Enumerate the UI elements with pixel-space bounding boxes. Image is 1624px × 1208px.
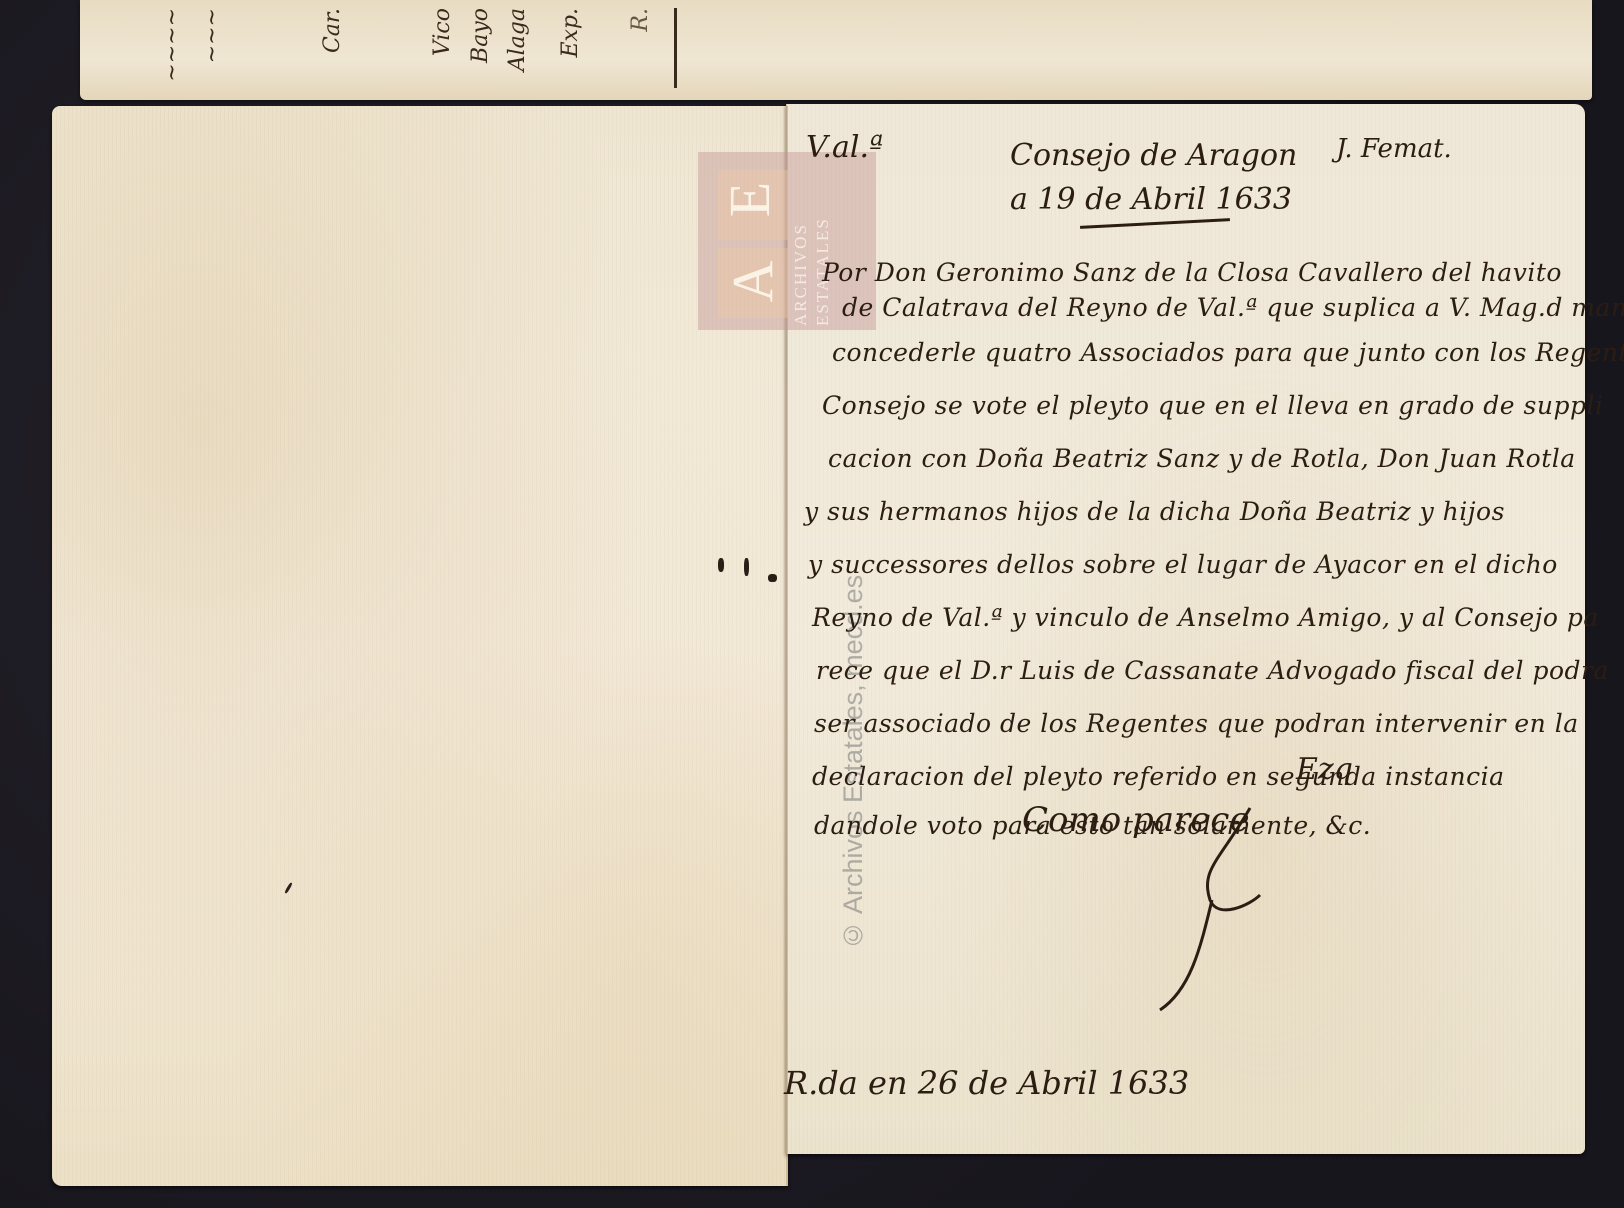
upper-document-sheet: ~~~~ ~~~ Car. Vico Bayo Alaga Exp. R.: [80, 0, 1592, 100]
body-line: Consejo se vote el pleyto que en el llev…: [822, 391, 1624, 420]
body-line: y sus hermanos hijos de la dicha Doña Be…: [804, 497, 1624, 526]
ink-stroke: [674, 8, 677, 88]
body-line: ser associado de los Regentes que podran…: [814, 709, 1624, 738]
title-line-2: a 19 de Abril 1633: [1010, 182, 1292, 217]
header-right: J. Femat.: [1336, 134, 1452, 164]
title-line-1: Consejo de Aragon: [1010, 138, 1297, 173]
top-sheet-fragment: Bayo: [468, 8, 493, 63]
body-line: concederle quatro Associados para que ju…: [832, 338, 1624, 367]
ink-blot: [744, 558, 749, 576]
body-line: de Calatrava del Reyno de Val.ª que supl…: [842, 293, 1624, 322]
body-line: Por Don Geronimo Sanz de la Closa Cavall…: [822, 258, 1624, 287]
top-sheet-fragment: ~~~~: [160, 8, 185, 82]
flourish-mark: Ezq: [1296, 752, 1353, 787]
body-line: rece que el D.r Luis de Cassanate Advoga…: [816, 656, 1624, 685]
top-sheet-fragment: Car.: [320, 8, 345, 53]
top-sheet-fragment: Vico: [430, 8, 455, 56]
signature-rubric-icon: [1140, 800, 1280, 1020]
manuscript-body: Por Don Geronimo Sanz de la Closa Cavall…: [812, 258, 1624, 840]
body-line: Reyno de Val.ª y vinculo de Anselmo Amig…: [812, 603, 1624, 632]
watermark-letter: A: [719, 261, 786, 303]
top-sheet-fragment: R.: [628, 8, 653, 32]
left-blank-page: [52, 106, 788, 1186]
top-sheet-fragment: Exp.: [558, 8, 583, 58]
body-line: y successores dellos sobre el lugar de A…: [808, 550, 1624, 579]
watermark-letter: E: [716, 182, 783, 217]
top-sheet-fragment: Alaga: [505, 8, 530, 71]
body-line: declaracion del pleyto referido en segun…: [812, 762, 1624, 791]
footer-note: R.da en 26 de Abril 1633: [784, 1064, 1189, 1102]
header-left: V.al.ª: [806, 130, 883, 165]
top-sheet-fragment: ~~~: [200, 8, 225, 63]
body-line: cacion con Doña Beatriz Sanz y de Rotla,…: [828, 444, 1624, 473]
ink-blot: [768, 574, 777, 582]
ink-blot: [718, 558, 724, 572]
